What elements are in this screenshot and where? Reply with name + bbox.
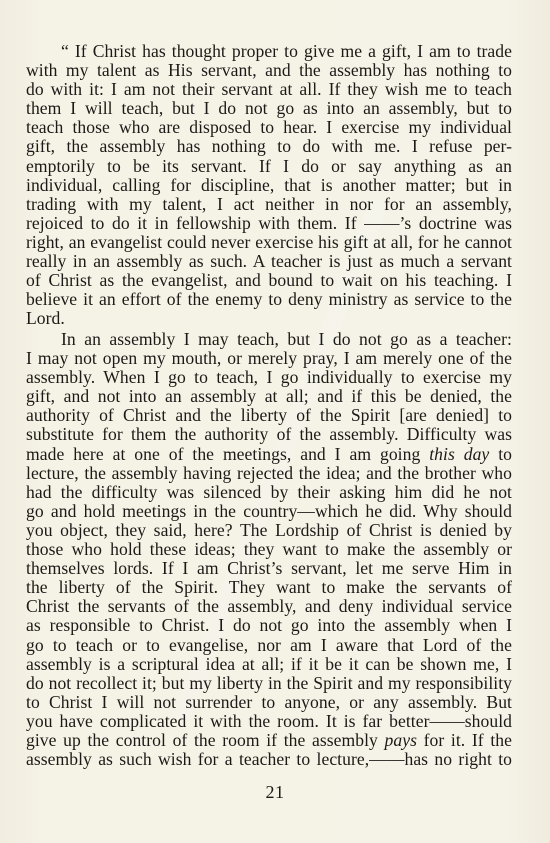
text-line: had the difficulty was silenced by their… <box>26 483 512 502</box>
text-line: Christ the servants of the assembly, and… <box>26 597 512 616</box>
text-line: those who hold these ideas; they want to… <box>26 540 512 559</box>
text-line: “ If Christ has thought proper to give m… <box>26 42 512 61</box>
text-line: themselves lords. If I am Christ’s serva… <box>26 559 512 578</box>
text-segment: made here at one of the meetings, and I … <box>26 444 429 464</box>
text-line: trading with my talent, I act neither in… <box>26 195 512 214</box>
text-line: them I will teach, but I do not go as in… <box>26 99 512 118</box>
text-line: as responsible to Christ. I do not go in… <box>26 616 512 635</box>
text-segment: to <box>489 444 512 464</box>
text-segment: give up the control of the room if the a… <box>26 730 385 750</box>
text-line: assembly. When I go to teach, I go indiv… <box>26 368 512 387</box>
text-line: authority of Christ and the liberty of t… <box>26 406 512 425</box>
page-number: 21 <box>0 782 550 803</box>
book-page: “ If Christ has thought proper to give m… <box>0 0 550 843</box>
text-line: rejoiced to do it in fellowship with the… <box>26 214 512 233</box>
text-line: Lord. <box>26 309 512 328</box>
text-line: really in an assembly as such. A teacher… <box>26 252 512 271</box>
text-line: do not recollect it; but my liberty in t… <box>26 674 512 693</box>
text-line: gift, the assembly has nothing to do wit… <box>26 137 512 156</box>
emphasis-text: this day <box>429 444 489 464</box>
paragraph-2: In an assembly I may teach, but I do not… <box>26 330 512 769</box>
text-line: go to teach or to evangelise, nor am I a… <box>26 636 512 655</box>
text-line: the liberty of the Spirit. They want to … <box>26 578 512 597</box>
text-line: assembly is a scriptural idea at all; if… <box>26 655 512 674</box>
text-line: teach those who are disposed to hear. I … <box>26 118 512 137</box>
text-line: believe it an effort of the enemy to den… <box>26 290 512 309</box>
text-line: give up the control of the room if the a… <box>26 731 512 750</box>
text-segment: for it. If the <box>417 730 512 750</box>
text-line: lecture, the assembly having rejected th… <box>26 464 512 483</box>
text-line: you have complicated it with the room. I… <box>26 712 512 731</box>
text-line: individual, calling for discipline, that… <box>26 176 512 195</box>
text-line: right, an evangelist could never exercis… <box>26 233 512 252</box>
text-line: In an assembly I may teach, but I do not… <box>26 330 512 349</box>
emphasis-text: pays <box>385 730 417 750</box>
text-line: go and hold meetings in the country—whic… <box>26 502 512 521</box>
text-line: you object, they said, here? The Lordshi… <box>26 521 512 540</box>
text-line: with my talent as His servant, and the a… <box>26 61 512 80</box>
text-line: emptorily to be its servant. If I do or … <box>26 157 512 176</box>
text-line: do with it: I am not their servant at al… <box>26 80 512 99</box>
text-line: substitute for them the authority of the… <box>26 425 512 444</box>
text-line: of Christ as the evangelist, and bound t… <box>26 271 512 290</box>
text-line: assembly as such wish for a teacher to l… <box>26 750 512 769</box>
text-line: I may not open my mouth, or merely pray,… <box>26 349 512 368</box>
text-line: made here at one of the meetings, and I … <box>26 445 512 464</box>
text-line: to Christ I will not surrender to anyone… <box>26 693 512 712</box>
text-line: gift, and not into an assembly at all; a… <box>26 387 512 406</box>
paragraph-1: “ If Christ has thought proper to give m… <box>26 42 512 328</box>
